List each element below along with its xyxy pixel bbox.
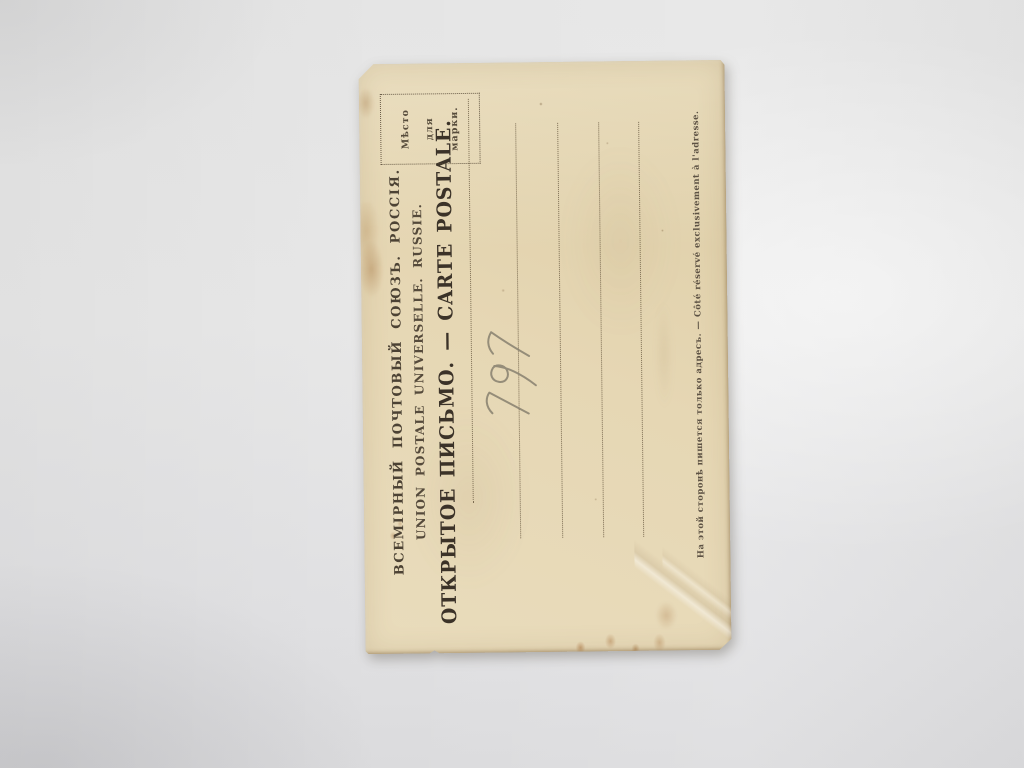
corner-crease (634, 531, 736, 657)
upu-header-french: UNION POSTALE UNIVERSELLE. RUSSIE. (410, 89, 429, 653)
stain (653, 596, 679, 634)
digit-7-stroke (485, 392, 531, 418)
address-line (598, 122, 604, 537)
address-line (557, 123, 563, 538)
address-side-note: На этой сторонѣ пишется только адресъ. —… (692, 113, 706, 558)
stamp-box-line: Мѣсто (401, 109, 411, 149)
card-title-row: ОТКРЫТОЕ ПИСЬМО. — CARTE POSTALE. (433, 89, 461, 653)
stain (354, 202, 385, 298)
address-line (638, 122, 644, 537)
stain (565, 626, 673, 655)
stain (653, 287, 675, 422)
postcard-wrap: ВСЕМІРНЫЙ ПОЧТОВЫЙ СОЮЗЪ. РОССІЯ. UNION … (0, 0, 1024, 768)
stamp-box-line: марки. (450, 106, 460, 150)
photo-background: ВСЕМІРНЫЙ ПОЧТОВЫЙ СОЮЗЪ. РОССІЯ. UNION … (0, 0, 1024, 768)
stain (544, 120, 697, 362)
handwritten-number (474, 323, 547, 427)
upu-header-russian: ВСЕМІРНЫЙ ПОЧТОВЫЙ СОЮЗЪ. РОССІЯ. (388, 90, 408, 654)
digit-7-stroke (486, 332, 531, 359)
card-title: ОТКРЫТОЕ ПИСЬМО. — CARTE POSTALE. (433, 119, 459, 624)
stain (357, 82, 377, 120)
stamp-box: Мѣсто для марки. (380, 93, 481, 165)
stamp-box-line: для (425, 117, 435, 140)
postcard: ВСЕМІРНЫЙ ПОЧТОВЫЙ СОЮЗЪ. РОССІЯ. UNION … (358, 60, 731, 654)
